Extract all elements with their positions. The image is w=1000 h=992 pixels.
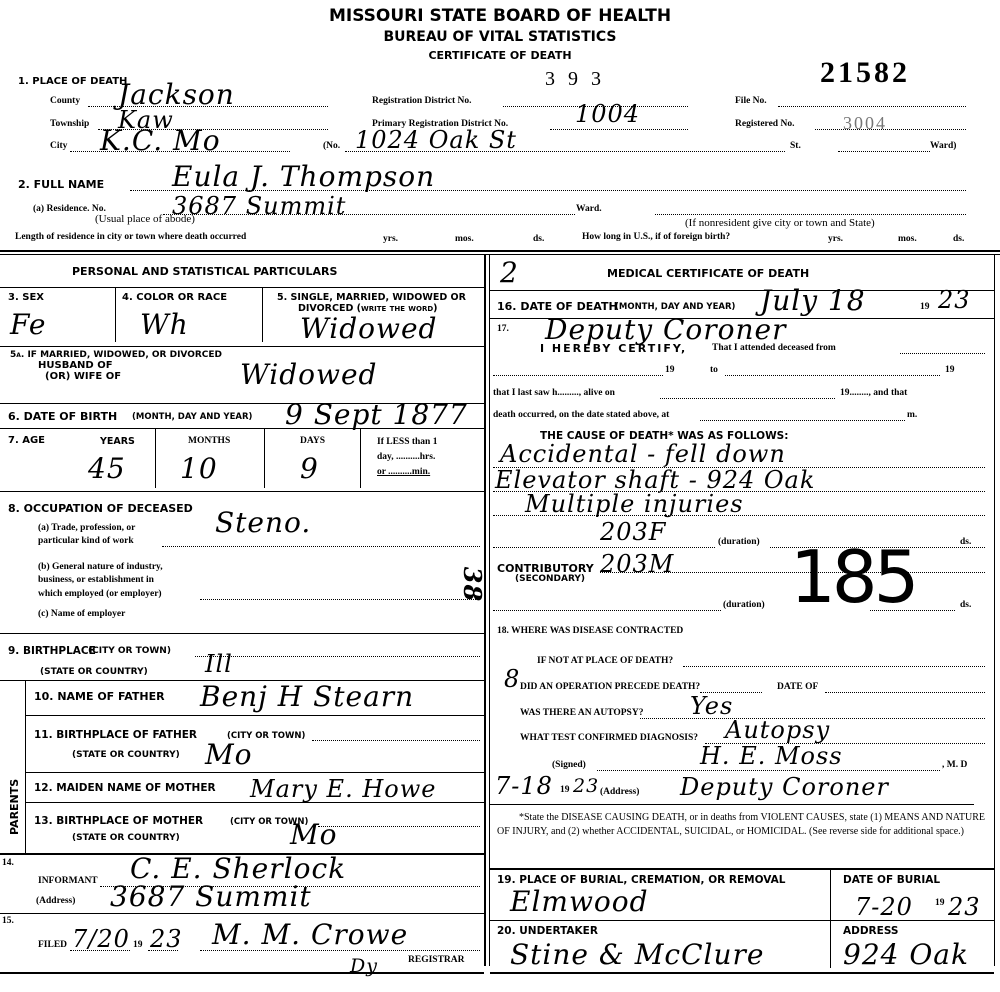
- certify-text-2: That I attended deceased from: [712, 343, 836, 353]
- age-days-value: 9: [300, 452, 319, 485]
- employer-label: (c) Name of employer: [38, 609, 125, 619]
- us-ds-label: ds.: [953, 234, 964, 244]
- residence-mos-label: mos.: [455, 234, 474, 244]
- birthplace-label: 9. BIRTHPLACE: [8, 645, 96, 657]
- parents-side-label: PARENTS: [8, 779, 21, 835]
- us-mos-label: mos.: [898, 234, 917, 244]
- file-no-label: File No.: [735, 96, 767, 106]
- registered-no-label: Registered No.: [735, 119, 794, 129]
- mother-state-sublabel: (STATE OR COUNTRY): [72, 833, 180, 843]
- undertaker-value: Stine & McClure: [510, 938, 764, 971]
- father-name-label: 10. NAME OF FATHER: [34, 690, 165, 703]
- date-of-death-sublabel: (MONTH, DAY AND YEAR): [615, 302, 735, 312]
- certificate-stamp-number: 21582: [820, 56, 910, 90]
- signed-year-prefix: 19: [560, 785, 570, 795]
- less-than-day-hrs: day, ..........hrs.: [377, 452, 435, 462]
- street-no-label: (No.: [323, 141, 340, 151]
- date-of-death-label: 16. DATE OF DEATH: [497, 300, 618, 313]
- burial-place-value: Elmwood: [510, 885, 649, 918]
- father-state-sublabel: (STATE OR COUNTRY): [72, 750, 180, 760]
- mother-birthplace-label: 13. BIRTHPLACE OF MOTHER: [34, 815, 203, 827]
- burial-year: 23: [948, 893, 981, 921]
- nonresident-note: (If nonresident give city or town and St…: [685, 217, 875, 229]
- contributory-sublabel: (SECONDARY): [515, 574, 585, 584]
- residence-ds-label: ds.: [533, 234, 544, 244]
- city-value: K.C. Mo: [100, 124, 221, 157]
- spouse-value: Widowed: [240, 358, 377, 391]
- attended-19-a: 19: [665, 365, 675, 375]
- where-contracted-label: 18. WHERE WAS DISEASE CONTRACTED: [497, 626, 683, 636]
- industry-label: (b) General nature of industry,: [38, 562, 163, 572]
- place-of-death-label: 1. PLACE OF DEATH: [18, 76, 127, 87]
- how-long-us-label: How long in U.S., if of foreign birth?: [582, 232, 730, 242]
- form-subtitle: BUREAU OF VITAL STATISTICS: [0, 29, 1000, 45]
- mother-birthplace-value: Mo: [290, 818, 338, 851]
- signer-address-value: Deputy Coroner: [680, 773, 889, 801]
- cause-line-1: Accidental - fell down: [500, 440, 786, 468]
- autopsy-label: WAS THERE AN AUTOPSY?: [520, 708, 643, 718]
- filed-label: FILED: [38, 940, 67, 950]
- residence-value: 3687 Summit: [172, 192, 346, 220]
- birthplace-state-sublabel: (STATE OR COUNTRY): [40, 667, 148, 677]
- certify-text: I HEREBY CERTIFY,: [540, 342, 687, 355]
- full-name-label: 2. FULL NAME: [18, 178, 104, 191]
- street-label: St.: [790, 141, 801, 151]
- birthplace-city-sublabel: (CITY OR TOWN): [88, 646, 171, 656]
- certification-number: 17.: [497, 324, 509, 334]
- registered-no-value: 3004: [843, 113, 887, 134]
- industry-label-2: business, or establishment in: [38, 575, 154, 585]
- marital-status-label: 5. SINGLE, MARRIED, WIDOWED OR: [277, 292, 466, 303]
- industry-label-3: which employed (or employer): [38, 589, 162, 599]
- father-birthplace-value: Mo: [205, 738, 253, 771]
- birthplace-value: Ill: [205, 650, 233, 678]
- date-of-death-year: 23: [938, 286, 971, 314]
- mother-name-value: Mary E. Howe: [250, 775, 436, 803]
- trade-value: Steno.: [215, 506, 311, 539]
- burial-date-label: DATE OF BURIAL: [843, 874, 940, 886]
- registration-district-label: Registration District No.: [372, 96, 471, 106]
- length-residence-label: Length of residence in city or town wher…: [15, 232, 246, 242]
- cause-line-3: Multiple injuries: [525, 490, 744, 518]
- burial-date-value: 7-20: [855, 893, 913, 921]
- occupation-margin-code: 38: [458, 567, 487, 602]
- registrar-signature: M. M. Crowe: [212, 918, 408, 951]
- md-label: , M. D: [942, 760, 967, 770]
- full-name-value: Eula J. Thompson: [172, 160, 435, 193]
- city-label: City: [50, 141, 67, 151]
- duration-ds-1: ds.: [960, 537, 971, 547]
- residence-ward-label: Ward.: [576, 204, 602, 214]
- district-number: 3 9 3: [545, 68, 605, 91]
- contributory-code: 203M: [600, 550, 674, 578]
- signed-year: 23: [573, 775, 599, 797]
- dob-value: 9 Sept 1877: [285, 398, 468, 431]
- informant-address-value: 3687 Summit: [110, 880, 312, 913]
- residence-sublabel: (Usual place of abode): [95, 213, 195, 225]
- township-label: Township: [50, 119, 89, 129]
- informant-label: INFORMANT: [38, 876, 98, 886]
- medical-section-title: MEDICAL CERTIFICATE OF DEATH: [607, 267, 809, 280]
- less-than-day-label: If LESS than 1: [377, 437, 437, 447]
- operation-mark: 8: [504, 665, 520, 693]
- test-confirmed-label: WHAT TEST CONFIRMED DIAGNOSIS?: [520, 733, 698, 743]
- trade-label-2: particular kind of work: [38, 536, 134, 546]
- operation-label: DID AN OPERATION PRECEDE DEATH?: [520, 682, 700, 692]
- duration-label-1: (duration): [718, 537, 760, 547]
- form-title: MISSOURI STATE BOARD OF HEALTH: [0, 6, 1000, 26]
- trade-label: (a) Trade, profession, or: [38, 523, 135, 533]
- primary-registration-label: Primary Registration District No.: [372, 119, 508, 129]
- undertaker-address-value: 924 Oak: [843, 938, 969, 971]
- not-at-place-label: IF NOT AT PLACE OF DEATH?: [537, 656, 673, 666]
- marital-status-value: Widowed: [300, 312, 437, 345]
- spouse-label-3: (OR) WIFE OF: [45, 371, 121, 382]
- father-birthplace-label: 11. BIRTHPLACE OF FATHER: [34, 729, 197, 741]
- occupation-label: 8. OCCUPATION OF DECEASED: [8, 502, 193, 515]
- primary-registration-value: 1004: [575, 100, 640, 128]
- race-value: Wh: [140, 308, 189, 341]
- age-months-value: 10: [180, 452, 218, 485]
- filed-year-prefix: 19: [133, 940, 143, 950]
- m-suffix: m.: [907, 410, 917, 420]
- large-classification-code: 185: [790, 535, 915, 619]
- medical-corner-mark: 2: [500, 256, 519, 289]
- age-years-value: 45: [88, 452, 126, 485]
- duration-label-2: (duration): [723, 600, 765, 610]
- signed-date: 7-18: [495, 772, 553, 800]
- and-that-text: 19........, and that: [840, 388, 907, 398]
- cause-footnote: *State the DISEASE CAUSING DEATH, or in …: [497, 811, 987, 839]
- attended-19-b: 19: [945, 365, 955, 375]
- undertaker-label: 20. UNDERTAKER: [497, 925, 598, 937]
- less-than-day-min: or ..........min.: [377, 467, 430, 477]
- last-saw-text: that I last saw h........., alive on: [493, 388, 615, 398]
- years-label: YEARS: [100, 436, 135, 447]
- residence-yrs-label: yrs.: [383, 234, 398, 244]
- signer-address-label: (Address): [600, 787, 639, 797]
- dob-sublabel: (MONTH, DAY AND YEAR): [132, 412, 252, 422]
- dob-label: 6. DATE OF BIRTH: [8, 410, 117, 423]
- days-label: DAYS: [300, 436, 325, 446]
- test-confirmed-value: Autopsy: [725, 716, 830, 744]
- signed-label: (Signed): [552, 760, 586, 770]
- attended-to: to: [710, 365, 718, 375]
- sex-value: Fe: [10, 308, 46, 341]
- personal-section-title: PERSONAL AND STATISTICAL PARTICULARS: [72, 265, 337, 278]
- operation-date-label: DATE OF: [777, 682, 818, 692]
- duration-ds-2: ds.: [960, 600, 971, 610]
- spouse-label-2: HUSBAND OF: [38, 360, 113, 371]
- death-occurred-text: death occurred, on the date stated above…: [493, 410, 669, 420]
- us-yrs-label: yrs.: [828, 234, 843, 244]
- filed-date-value: 7/20: [72, 925, 130, 953]
- informant-address-label: (Address): [36, 896, 75, 906]
- months-label: MONTHS: [188, 436, 230, 446]
- cause-code: 203F: [600, 518, 666, 546]
- race-label: 4. COLOR OR RACE: [122, 292, 227, 303]
- filed-year-value: 23: [150, 925, 183, 953]
- sex-label: 3. SEX: [8, 292, 44, 303]
- burial-year-prefix: 19: [935, 898, 945, 908]
- physician-signature: H. E. Moss: [700, 742, 843, 770]
- spouse-label: 5a. IF MARRIED, WIDOWED, OR DIVORCED: [10, 350, 222, 360]
- registrar-label: REGISTRAR: [408, 955, 465, 965]
- father-name-value: Benj H Stearn: [200, 680, 414, 713]
- age-label: 7. AGE: [8, 435, 45, 446]
- filed-number: 15.: [2, 916, 14, 926]
- informant-number: 14.: [2, 858, 14, 868]
- date-of-death-year-prefix: 19: [920, 302, 930, 312]
- mother-name-label: 12. MAIDEN NAME OF MOTHER: [34, 782, 216, 794]
- ward-label: Ward): [930, 141, 956, 151]
- address-value: 1024 Oak St: [355, 126, 517, 154]
- county-label: County: [50, 96, 80, 106]
- undertaker-address-label: ADDRESS: [843, 925, 898, 937]
